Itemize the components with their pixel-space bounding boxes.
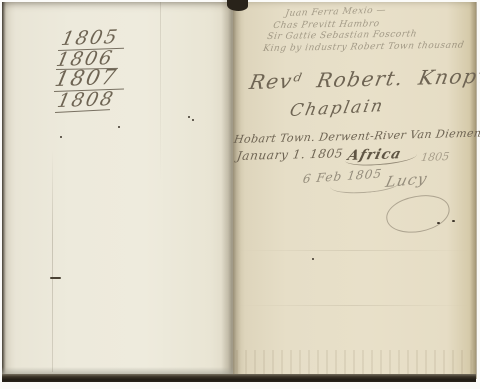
faint-inscription-line-2: Chas Previtt Hambro: [272, 19, 380, 31]
right-page-edge: [470, 2, 477, 379]
date-line: January 1. 1805: [236, 146, 344, 163]
left-page: [2, 2, 233, 379]
page-edge-texture: [236, 350, 474, 375]
ink-speck: [192, 119, 194, 121]
ink-dash: [50, 277, 61, 279]
ink-speck: [312, 258, 314, 260]
faint-year: 1805: [420, 150, 450, 164]
paper-crease: [52, 150, 53, 372]
paper-crease: [238, 305, 470, 306]
ink-speck: [452, 220, 455, 222]
bottom-board-edge: [2, 374, 476, 382]
year-1807: 1807: [53, 65, 120, 91]
gutter-top-corner: [227, 0, 248, 11]
book-gutter-shadow: [221, 0, 241, 381]
ink-speck: [188, 116, 190, 118]
ink-speck: [60, 136, 62, 138]
paper-crease: [160, 2, 161, 182]
scanned-book-spread: 1805 1806 1807 1808 Juan Ferra Mexio — C…: [0, 0, 480, 389]
left-board-edge: [2, 2, 6, 379]
paper-crease: [238, 250, 470, 251]
ink-speck: [437, 222, 440, 224]
ink-speck: [118, 126, 120, 128]
